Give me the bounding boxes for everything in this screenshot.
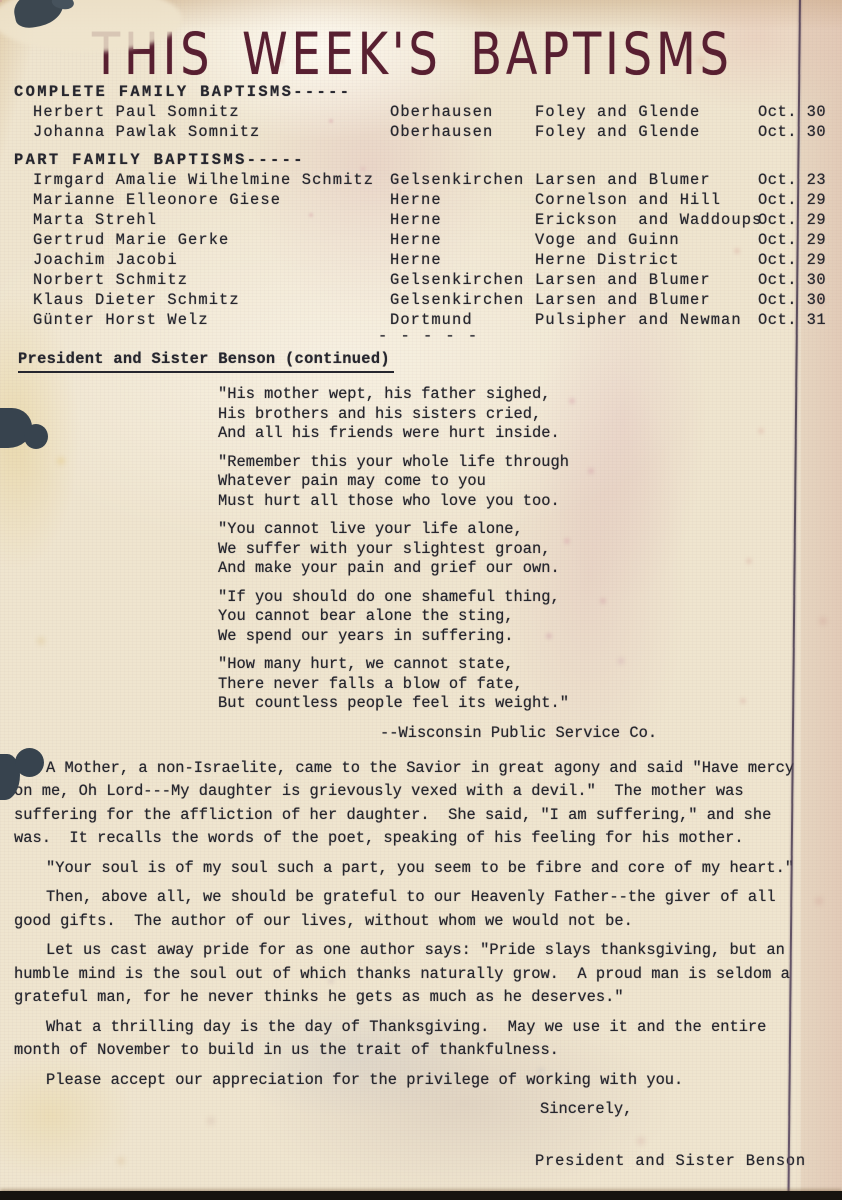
baptism-city: Oberhausen [390, 122, 535, 142]
poem-stanza: "Remember this your whole life through W… [218, 453, 842, 512]
signature-line: President and Sister Benson [535, 1150, 842, 1172]
baptism-missionaries: Cornelson and Hill [535, 190, 758, 210]
baptism-name: Günter Horst Welz [33, 310, 390, 330]
complete-baptisms-table: Herbert Paul Somnitz Oberhausen Foley an… [0, 102, 842, 142]
baptism-row: Klaus Dieter Schmitz Gelsenkirchen Larse… [33, 290, 842, 310]
poem-line: Whatever pain may come to you [218, 472, 842, 492]
paragraph: A Mother, a non-Israelite, came to the S… [14, 757, 796, 851]
poem-line: You cannot bear alone the sting, [218, 607, 842, 627]
baptism-missionaries: Larsen and Blumer [535, 270, 758, 290]
baptism-name: Herbert Paul Somnitz [33, 102, 390, 122]
dash-separator: - - - - - [378, 328, 842, 344]
baptism-date: Oct. 29 [758, 190, 842, 210]
baptism-name: Gertrud Marie Gerke [33, 230, 390, 250]
baptism-name: Norbert Schmitz [33, 270, 390, 290]
baptism-city: Gelsenkirchen [390, 270, 535, 290]
baptism-name: Marta Strehl [33, 210, 390, 230]
baptism-name: Klaus Dieter Schmitz [33, 290, 390, 310]
poem-line: "If you should do one shameful thing, [218, 588, 842, 608]
baptism-date: Oct. 29 [758, 230, 842, 250]
part-baptisms-table: Irmgard Amalie Wilhelmine Schmitz Gelsen… [0, 170, 842, 330]
baptism-date: Oct. 29 [758, 250, 842, 270]
poem-stanza: "You cannot live your life alone, We suf… [218, 520, 842, 579]
baptism-city: Herne [390, 190, 535, 210]
poem: "His mother wept, his father sighed, His… [218, 385, 842, 714]
paragraph: Let us cast away pride for as one author… [14, 939, 796, 1010]
baptism-name: Johanna Pawlak Somnitz [33, 122, 390, 142]
poem-line: "You cannot live your life alone, [218, 520, 842, 540]
poem-stanza: "If you should do one shameful thing, Yo… [218, 588, 842, 647]
page-title: THIS WEEK'S BAPTISMS [92, 20, 842, 98]
paragraph: "Your soul is of my soul such a part, yo… [14, 857, 796, 881]
poem-line: "How many hurt, we cannot state, [218, 655, 842, 675]
baptism-city: Oberhausen [390, 102, 535, 122]
closing-salutation: Sincerely, [540, 1098, 842, 1120]
baptism-date: Oct. 30 [758, 102, 842, 122]
poem-stanza: "How many hurt, we cannot state, There n… [218, 655, 842, 714]
baptism-city: Herne [390, 230, 535, 250]
poem-line: There never falls a blow of fate, [218, 675, 842, 695]
poem-line: Must hurt all those who love you too. [218, 492, 842, 512]
baptism-date: Oct. 23 [758, 170, 842, 190]
article-body: A Mother, a non-Israelite, came to the S… [14, 757, 796, 1093]
poem-stanza: "His mother wept, his father sighed, His… [218, 385, 842, 444]
poem-line: "Remember this your whole life through [218, 453, 842, 473]
baptism-row: Herbert Paul Somnitz Oberhausen Foley an… [33, 102, 842, 122]
baptism-date: Oct. 31 [758, 310, 842, 330]
baptism-missionaries: Larsen and Blumer [535, 290, 758, 310]
baptism-date: Oct. 30 [758, 122, 842, 142]
baptism-date: Oct. 30 [758, 270, 842, 290]
baptism-name: Irmgard Amalie Wilhelmine Schmitz [33, 170, 390, 190]
baptism-missionaries: Foley and Glende [535, 122, 758, 142]
baptism-name: Marianne Elleonore Giese [33, 190, 390, 210]
page-content: THIS WEEK'S BAPTISMS COMPLETE FAMILY BAP… [0, 20, 842, 1172]
baptism-city: Gelsenkirchen [390, 170, 535, 190]
poem-line: "His mother wept, his father sighed, [218, 385, 842, 405]
paragraph: What a thrilling day is the day of Thank… [14, 1016, 796, 1063]
baptism-missionaries: Voge and Guinn [535, 230, 758, 250]
baptism-missionaries: Foley and Glende [535, 102, 758, 122]
article-heading: President and Sister Benson (continued) [18, 348, 842, 373]
baptism-row: Marianne Elleonore Giese Herne Cornelson… [33, 190, 842, 210]
poem-line: We spend our years in suffering. [218, 627, 842, 647]
baptism-row: Marta Strehl Herne Erickson and Waddoups… [33, 210, 842, 230]
baptism-city: Gelsenkirchen [390, 290, 535, 310]
poem-line: And make your pain and grief our own. [218, 559, 842, 579]
scanned-newsletter-page: THIS WEEK'S BAPTISMS COMPLETE FAMILY BAP… [0, 0, 842, 1200]
baptism-row: Johanna Pawlak Somnitz Oberhausen Foley … [33, 122, 842, 142]
baptism-row: Joachim Jacobi Herne Herne District Oct.… [33, 250, 842, 270]
paper-speckles [0, 0, 2, 2]
paragraph: Then, above all, we should be grateful t… [14, 886, 796, 933]
poem-line: And all his friends were hurt inside. [218, 424, 842, 444]
baptism-missionaries: Erickson and Waddoups [535, 210, 758, 230]
baptism-city: Herne [390, 210, 535, 230]
poem-line: His brothers and his sisters cried, [218, 405, 842, 425]
baptism-date: Oct. 30 [758, 290, 842, 310]
baptism-missionaries: Herne District [535, 250, 758, 270]
part-baptisms-heading: PART FAMILY BAPTISMS----- [14, 150, 842, 170]
poem-line: We suffer with your slightest groan, [218, 540, 842, 560]
section-part-family-baptisms: PART FAMILY BAPTISMS----- Irmgard Amalie… [0, 150, 842, 330]
paragraph: Please accept our appreciation for the p… [14, 1069, 796, 1093]
baptism-name: Joachim Jacobi [33, 250, 390, 270]
baptism-missionaries: Larsen and Blumer [535, 170, 758, 190]
baptism-row: Irmgard Amalie Wilhelmine Schmitz Gelsen… [33, 170, 842, 190]
baptism-row: Norbert Schmitz Gelsenkirchen Larsen and… [33, 270, 842, 290]
poem-line: But countless people feel its weight." [218, 694, 842, 714]
baptism-row: Gertrud Marie Gerke Herne Voge and Guinn… [33, 230, 842, 250]
baptism-missionaries: Pulsipher and Newman [535, 310, 758, 330]
article-heading-text: President and Sister Benson (continued) [18, 348, 394, 373]
poem-attribution: --Wisconsin Public Service Co. [380, 723, 842, 743]
baptism-city: Herne [390, 250, 535, 270]
bottom-scan-edge [0, 1191, 842, 1200]
baptism-date: Oct. 29 [758, 210, 842, 230]
